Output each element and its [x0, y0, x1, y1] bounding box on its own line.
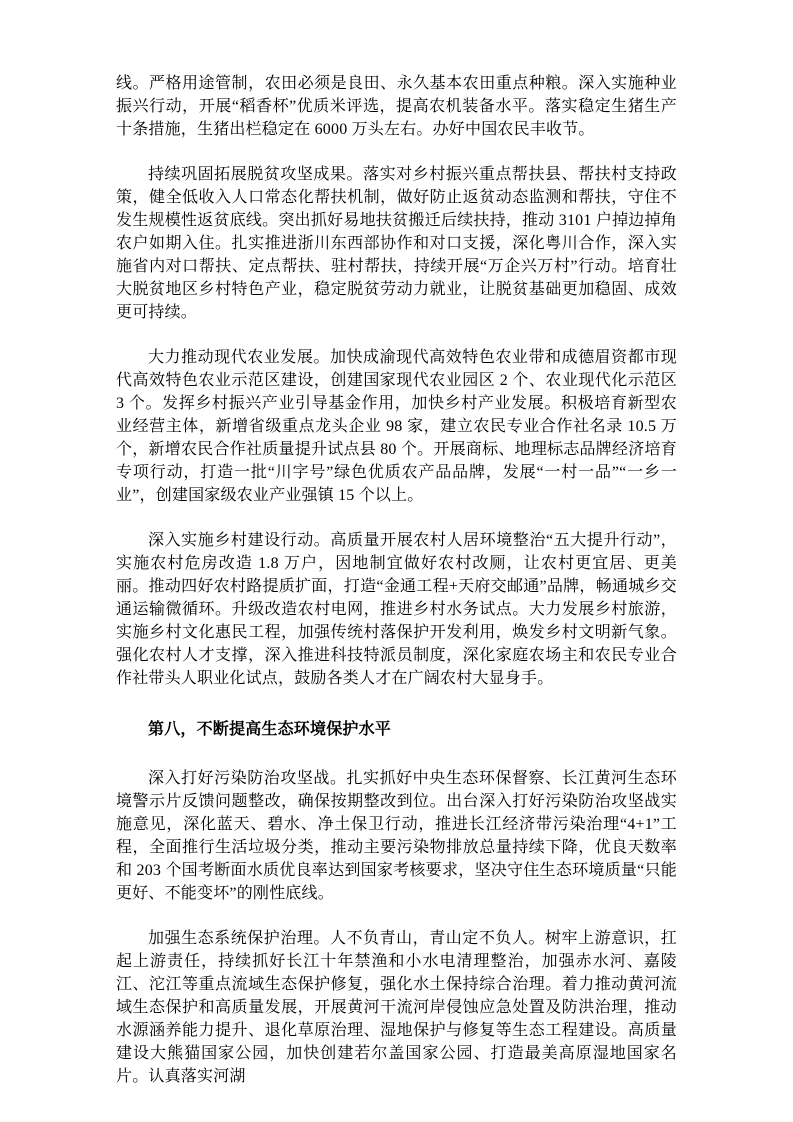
paragraph-rural-construction: 深入实施乡村建设行动。高质量开展农村人居环境整治“五大提升行动”，实施农村危房改… [116, 529, 677, 690]
paragraph-ecosystem-protection: 加强生态系统保护治理。人不负青山，青山定不负人。树牢上游意识，扛起上游责任，持续… [116, 927, 677, 1088]
document-page: 线。严格用途管制，农田必须是良田、永久基本农田重点种粮。深入实施种业振兴行动，开… [0, 0, 793, 1122]
document-content: 线。严格用途管制，农田必须是良田、永久基本农田重点种粮。深入实施种业振兴行动，开… [0, 0, 793, 1088]
section-heading-eighth-ecology: 第八，不断提高生态环境保护水平 [116, 718, 677, 741]
paragraph-modern-agriculture: 大力推动现代农业发展。加快成渝现代高效特色农业带和成德眉资都市现代高效特色农业示… [116, 346, 677, 507]
paragraph-continued-farmland: 线。严格用途管制，农田必须是良田、永久基本农田重点种粮。深入实施种业振兴行动，开… [116, 72, 677, 141]
paragraph-poverty-alleviation: 持续巩固拓展脱贫攻坚成果。落实对乡村振兴重点帮扶县、帮扶村支持政策，健全低收入人… [116, 163, 677, 324]
paragraph-pollution-control: 深入打好污染防治攻坚战。扎实抓好中央生态环保督察、长江黄河生态环境警示片反馈问题… [116, 767, 677, 905]
